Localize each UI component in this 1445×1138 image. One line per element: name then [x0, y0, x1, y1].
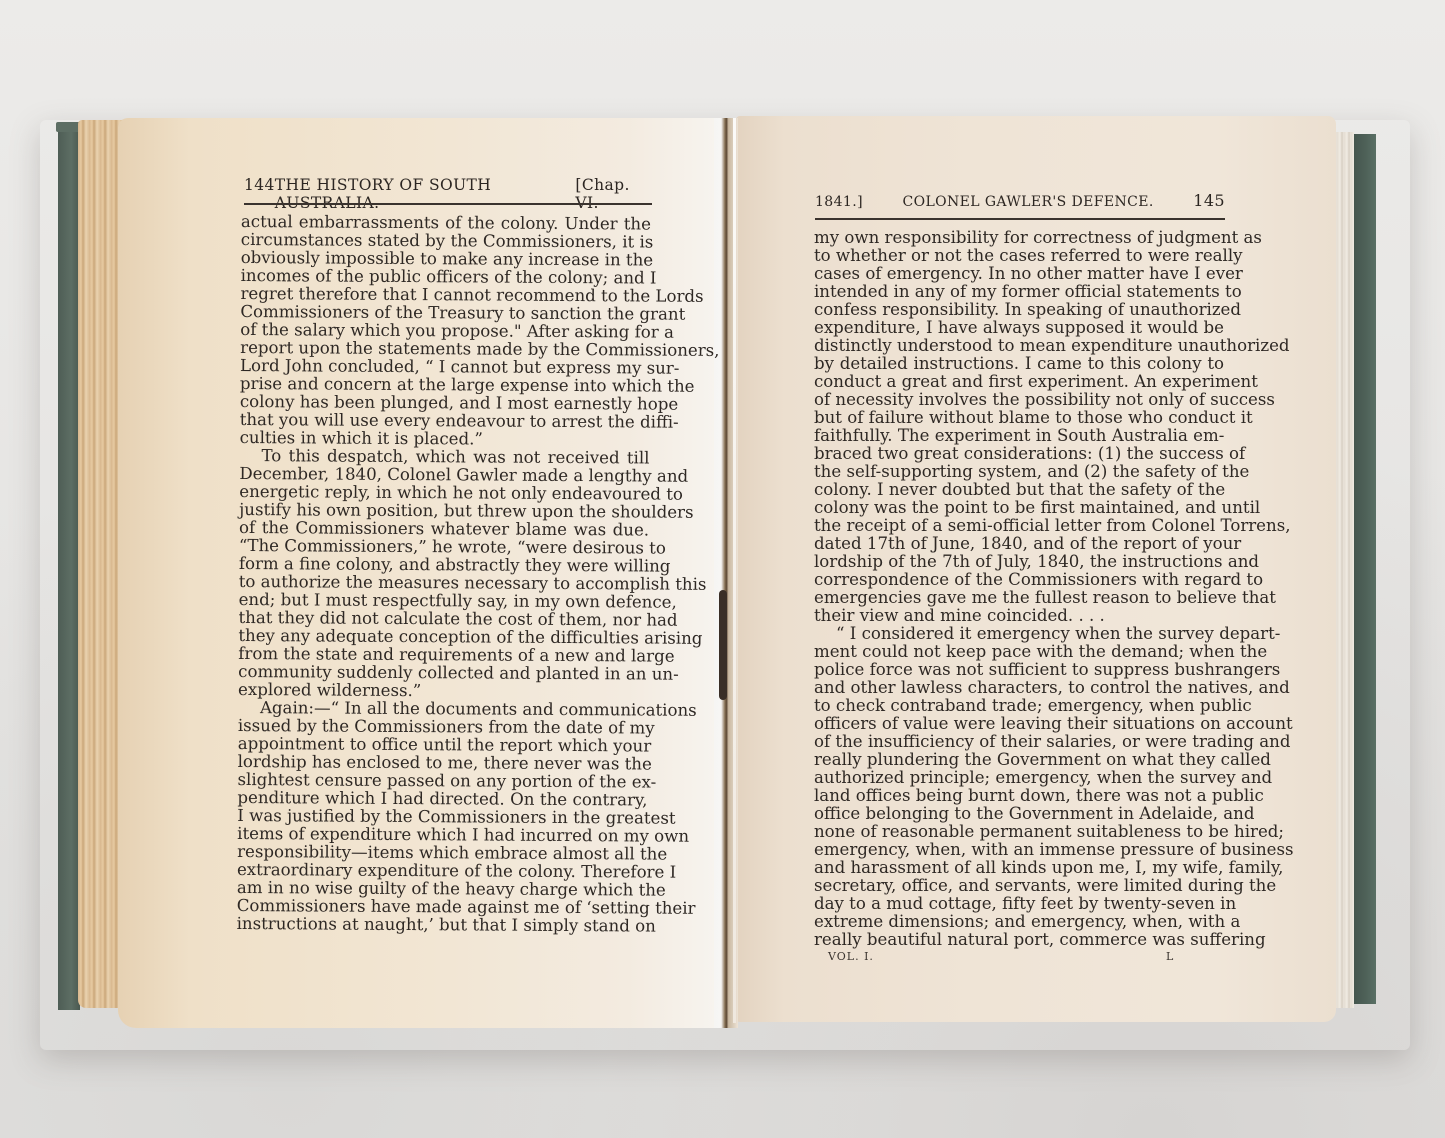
- left-running-title: THE HISTORY OF SOUTH AUSTRALIA.: [275, 176, 576, 212]
- text-line: the self-supporting system, and (2) the …: [814, 463, 1224, 481]
- text-line: extreme dimensions; and emergency, when,…: [814, 913, 1224, 931]
- text-line: emergency, when, with an immense pressur…: [814, 841, 1224, 859]
- text-line: emergencies gave me the fullest reason t…: [814, 589, 1224, 607]
- text-line: of necessity involves the possibility no…: [814, 391, 1224, 409]
- text-line: by detailed instructions. I came to this…: [814, 355, 1224, 373]
- text-line: authorized principle; emergency, when th…: [814, 769, 1224, 787]
- text-line: but of failure without blame to those wh…: [814, 409, 1224, 427]
- text-line: really beautiful natural port, commerce …: [814, 931, 1224, 949]
- text-line: dated 17th of June, 1840, and of the rep…: [814, 535, 1224, 553]
- text-line: really plundering the Government on what…: [814, 751, 1224, 769]
- text-line: colony. I never doubted but that the saf…: [814, 481, 1224, 499]
- chapter-marker: [Chap. VI.: [575, 176, 652, 212]
- text-line: officers of value were leaving their sit…: [814, 715, 1224, 733]
- text-line: day to a mud cottage, fifty feet by twen…: [814, 895, 1224, 913]
- text-line: expenditure, I have always supposed it w…: [814, 319, 1224, 337]
- text-line: land offices being burnt down, there was…: [814, 787, 1224, 805]
- text-line: office belonging to the Government in Ad…: [814, 805, 1224, 823]
- right-header-rule: [815, 218, 1225, 220]
- text-line: secretary, office, and servants, were li…: [814, 877, 1224, 895]
- text-line: none of reasonable permanent suitablenes…: [814, 823, 1224, 841]
- text-line: confess responsibility. In speaking of u…: [814, 301, 1224, 319]
- text-line: “ I considered it emergency when the sur…: [814, 625, 1224, 643]
- text-line: of the insufficiency of their salaries, …: [814, 733, 1224, 751]
- year-marker: 1841.]: [815, 194, 863, 210]
- text-line: braced two great considerations: (1) the…: [814, 445, 1224, 463]
- text-line: the receipt of a semi-official letter fr…: [814, 517, 1224, 535]
- left-page-text: actual embarrassments of the colony. Und…: [237, 213, 651, 935]
- text-line: my own responsibility for correctness of…: [814, 229, 1224, 247]
- text-line: conduct a great and first experiment. An…: [814, 373, 1224, 391]
- text-line: police force was not sufficient to suppr…: [814, 661, 1224, 679]
- gutter-fold: [733, 118, 736, 1023]
- right-page-number: 145: [1193, 191, 1225, 210]
- text-line: correspondence of the Commissioners with…: [814, 571, 1224, 589]
- text-line: instructions at naught,’ but that I simp…: [237, 915, 647, 936]
- text-line: to whether or not the cases referred to …: [814, 247, 1224, 265]
- volume-footer: VOL. I.: [828, 950, 874, 963]
- left-page-number: 144: [244, 176, 275, 194]
- signature-mark: L: [1166, 950, 1174, 963]
- text-line: intended in any of my former official st…: [814, 283, 1224, 301]
- text-line: and harassment of all kinds upon me, I, …: [814, 859, 1224, 877]
- text-line: and other lawless characters, to control…: [814, 679, 1224, 697]
- text-line: faithfully. The experiment in South Aust…: [814, 427, 1224, 445]
- text-line: to check contraband trade; emergency, wh…: [814, 697, 1224, 715]
- right-running-head: 1841.] COLONEL GAWLER'S DEFENCE. 145: [815, 191, 1225, 210]
- text-line: ment could not keep pace with the demand…: [814, 643, 1224, 661]
- binding-tear: [719, 590, 727, 700]
- right-page-text: my own responsibility for correctness of…: [814, 229, 1224, 949]
- book-cover-right: [1352, 134, 1376, 1004]
- text-line: cases of emergency. In no other matter h…: [814, 265, 1224, 283]
- left-header-rule: [244, 203, 652, 205]
- book-cover-left: [58, 128, 80, 1010]
- right-running-title: COLONEL GAWLER'S DEFENCE.: [902, 194, 1153, 210]
- text-line: lordship of the 7th of July, 1840, the i…: [814, 553, 1224, 571]
- text-line: their view and mine coincided. . . .: [814, 607, 1224, 625]
- text-line: colony was the point to be first maintai…: [814, 499, 1224, 517]
- text-line: distinctly understood to mean expenditur…: [814, 337, 1224, 355]
- left-running-head: 144 THE HISTORY OF SOUTH AUSTRALIA. [Cha…: [244, 176, 652, 212]
